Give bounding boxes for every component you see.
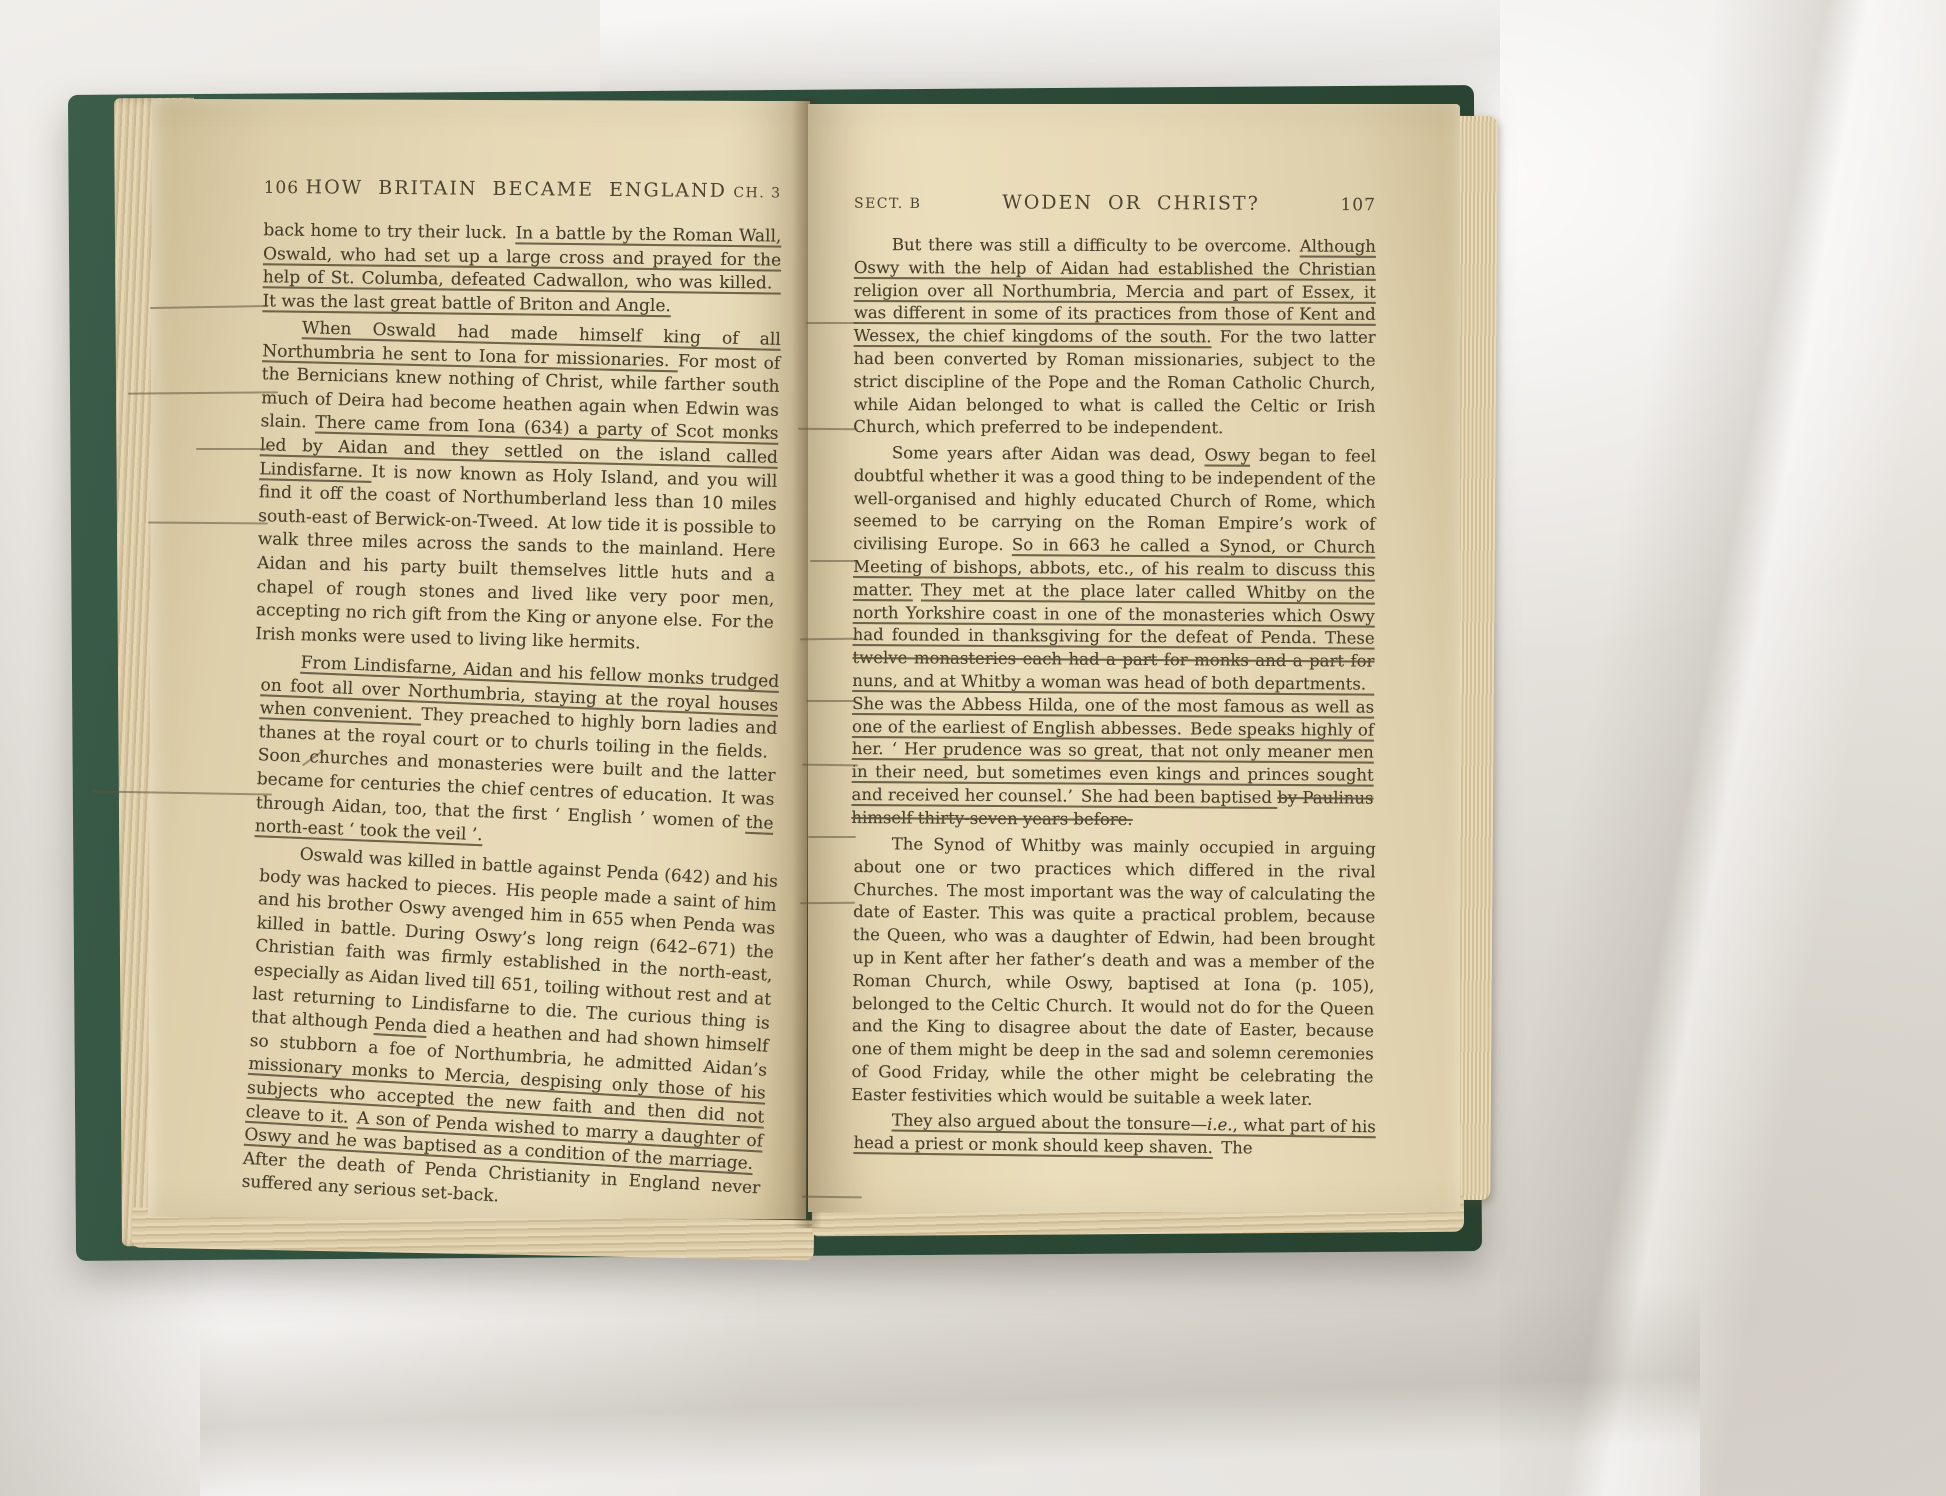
running-title-right: WODEN OR CHRIST? [1002, 191, 1260, 214]
paragraph: The Synod of Whitby was mainly occupied … [851, 833, 1376, 1112]
fabric-crease [1500, 0, 1946, 1496]
page-number-left: 106 [264, 178, 300, 198]
text-segment: nuns, and at Whitby a woman was head of … [851, 671, 1374, 807]
paragraph: But there was still a difficulty to be o… [853, 234, 1376, 441]
right-page-header: SECT. B WODEN OR CHRIST? 107 [854, 191, 1376, 216]
right-page: SECT. B WODEN OR CHRIST? 107 But there w… [808, 104, 1460, 1212]
text-segment: twelve monasteries each had a part for m… [852, 648, 1374, 671]
chapter-label: CH. 3 [733, 185, 781, 201]
right-text-column: SECT. B WODEN OR CHRIST? 107 But there w… [854, 192, 1376, 1158]
pencil-mark [806, 700, 856, 702]
page-number-right: 107 [1340, 195, 1376, 215]
pencil-mark [196, 448, 271, 450]
text-segment: Some years after Aidan was dead, [892, 443, 1205, 464]
text-segment: The [1213, 1138, 1253, 1158]
left-text-column: 106 HOW BRITAIN BECAME ENGLAND CH. 3 bac… [260, 177, 782, 1200]
fabric-crease [200, 1280, 1700, 1496]
text-segment: i.e. [1207, 1115, 1233, 1134]
section-label: SECT. B [854, 196, 922, 212]
text-segment: It is now known as Holy Island, and you … [255, 462, 777, 654]
paragraph: Oswald was killed in battle against Pend… [241, 842, 779, 1225]
text-segment: back home to try their luck. [263, 220, 515, 243]
text-segment: Oswy [1205, 446, 1251, 465]
text-segment: Penda [374, 1015, 428, 1038]
text-segment: The Synod of Whitby was mainly occupied … [851, 834, 1376, 1108]
pencil-mark [810, 560, 856, 562]
pencil-mark [806, 322, 858, 324]
text-segment: They met at the place later called Whitb… [853, 580, 1375, 648]
running-title-left: HOW BRITAIN BECAME ENGLAND [305, 176, 727, 202]
paragraph: Some years after Aidan was dead, Oswy be… [851, 442, 1376, 833]
text-segment: They preached to highly born ladies and … [256, 705, 778, 832]
text-segment: They also argued about the tonsure— [892, 1111, 1208, 1134]
pencil-mark [808, 836, 856, 838]
left-page: 106 HOW BRITAIN BECAME ENGLAND CH. 3 bac… [148, 99, 810, 1219]
paragraph: From Lindisfarne, Aidan and his fellow m… [254, 650, 779, 859]
text-segment [913, 580, 921, 599]
paragraph: back home to try their luck. In a battle… [262, 219, 781, 320]
text-segment: Oswald was killed in battle against Pend… [251, 845, 779, 1035]
text-segment: But there was still a difficulty to be o… [892, 235, 1300, 255]
paragraph: They also argued about the tonsure—i.e.,… [853, 1109, 1376, 1162]
left-page-header: 106 HOW BRITAIN BECAME ENGLAND CH. 3 [264, 176, 782, 203]
paragraph: When Oswald had made himself king of all… [255, 317, 781, 660]
